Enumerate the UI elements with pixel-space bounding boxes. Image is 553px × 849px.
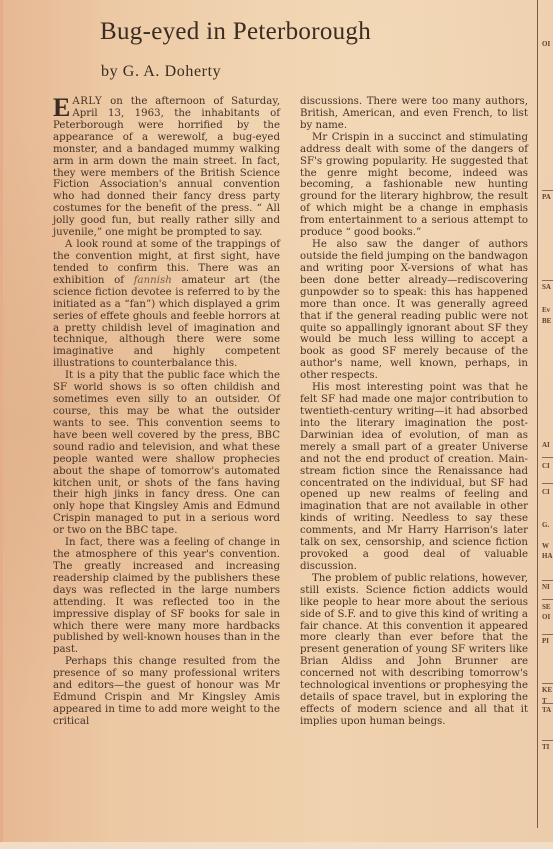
rule: [542, 683, 553, 684]
drop-cap: E: [53, 97, 70, 119]
fragment: KE: [542, 686, 552, 694]
fragment: PI: [542, 637, 549, 645]
lead-word: ARLY: [72, 96, 102, 107]
paragraph: Mr Crispin in a succinct and stimulating…: [300, 132, 528, 239]
fragment: CI: [542, 462, 550, 470]
fragment: TA: [542, 706, 551, 714]
rule: [542, 703, 553, 704]
fragment: BE: [542, 317, 551, 325]
paragraph: The problem of public relations, however…: [300, 573, 528, 728]
fragment: OI: [542, 613, 550, 621]
fragment: HA: [542, 552, 553, 560]
fragment: PA: [542, 193, 551, 201]
lead-paragraph: EARLY on the afternoon of Saturday, Apri…: [53, 96, 280, 239]
rule: [542, 483, 553, 484]
fragment: SE: [542, 603, 551, 611]
rule: [542, 190, 553, 191]
fragment: W: [542, 542, 549, 550]
article-headline: Bug-eyed in Peterborough: [100, 18, 371, 46]
fragment: AI: [542, 441, 550, 449]
rule: [542, 599, 553, 600]
fragment: SA: [542, 283, 551, 291]
article-column-2: discussions. There were too many authors…: [300, 96, 528, 728]
paragraph: It is a pity that the public face which …: [53, 370, 280, 537]
paragraph: A look round at some of the trappings of…: [53, 239, 280, 370]
fragment: Ev: [542, 306, 550, 314]
fragment: G.: [542, 521, 549, 529]
adjacent-column-fragments: OI PA SA Ev BE AI CI CI G. W HA NI SE OI…: [538, 0, 553, 842]
rule: [542, 634, 553, 635]
paragraph: He also saw the danger of authors outsid…: [300, 239, 528, 382]
rule: [542, 457, 553, 458]
article-byline: by G. A. Doherty: [101, 63, 221, 81]
rule: [542, 740, 553, 741]
page-bottom-edge: [0, 842, 553, 849]
rule: [542, 280, 553, 281]
newspaper-article: Bug-eyed in Peterborough by G. A. Dohert…: [0, 0, 520, 842]
italic-term: fannish: [134, 275, 172, 286]
paragraph: In fact, there was a feeling of change i…: [53, 537, 280, 656]
paragraph: His most interesting point was that he f…: [300, 382, 528, 573]
fragment: NI: [542, 583, 550, 591]
paragraph: Perhaps this change resulted from the pr…: [53, 656, 280, 728]
rule: [542, 580, 553, 581]
fragment: TI: [542, 743, 549, 751]
paragraph-continued: discussions. There were too many authors…: [300, 96, 528, 132]
article-column-1: EARLY on the afternoon of Saturday, Apri…: [53, 96, 280, 728]
fragment: OI: [542, 40, 550, 48]
lead-text: on the afternoon of Saturday, April 13, …: [53, 96, 280, 238]
fragment: CI: [542, 488, 550, 496]
